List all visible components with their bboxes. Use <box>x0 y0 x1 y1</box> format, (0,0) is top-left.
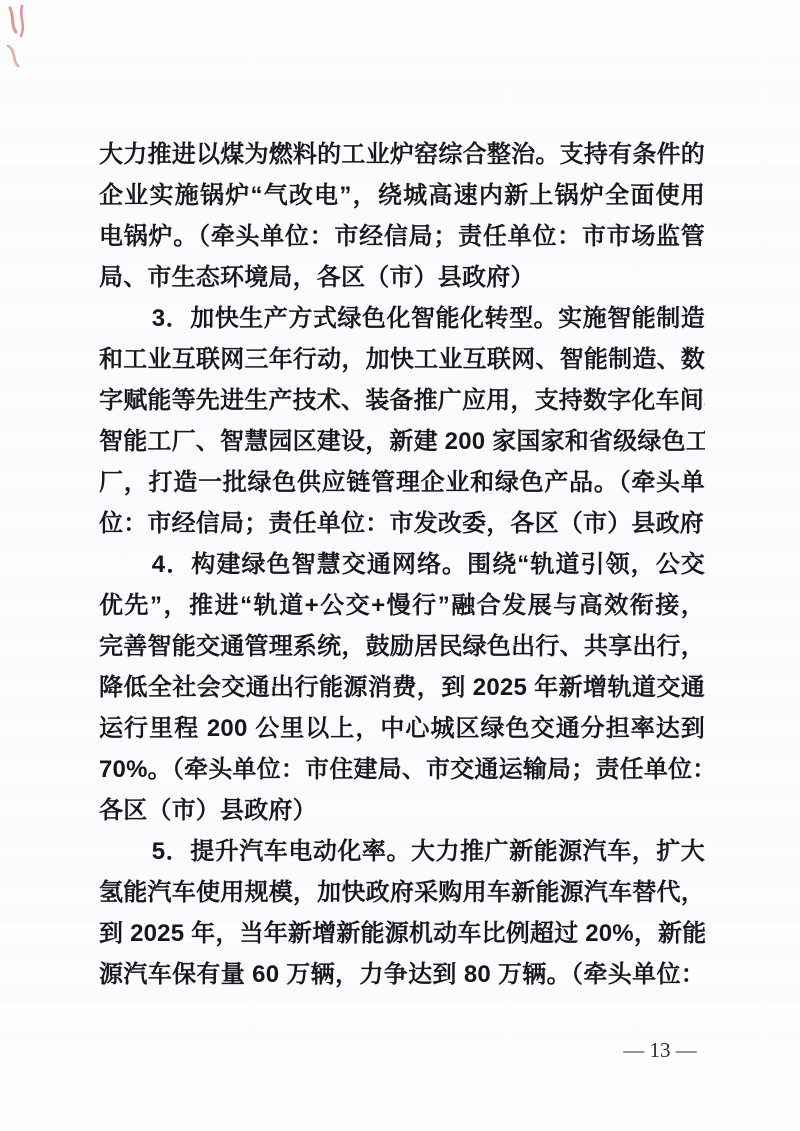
document-page: 大力推进以煤为燃料的工业炉窑综合整治。支持有条件的企业实施锅炉“气改电”，绕城高… <box>0 0 800 1131</box>
text-line: 智能工厂、智慧园区建设，新建 200 家国家和省级绿色工 <box>99 421 705 462</box>
page-number: — 13 — <box>605 1038 715 1063</box>
text-line: 各区（市）县政府） <box>99 790 705 831</box>
text-line: 企业实施锅炉“气改电”，绕城高速内新上锅炉全面使用 <box>99 175 705 216</box>
text-line: 4．构建绿色智慧交通网络。围绕“轨道引领，公交 <box>99 544 705 585</box>
text-line: 电锅炉。（牵头单位：市经信局；责任单位：市市场监管 <box>99 216 705 257</box>
text-line: 氢能汽车使用规模，加快政府采购用车新能源汽车替代， <box>99 872 705 913</box>
text-line: 字赋能等先进生产技术、装备推广应用，支持数字化车间、 <box>99 380 705 421</box>
text-line: 源汽车保有量 60 万辆，力争达到 80 万辆。（牵头单位： <box>99 954 705 995</box>
text-line: 到 2025 年，当年新增新能源机动车比例超过 20%，新能 <box>99 913 705 954</box>
text-line: 降低全社会交通出行能源消费，到 2025 年新增轨道交通 <box>99 667 705 708</box>
text-line: 70%。（牵头单位：市住建局、市交通运输局；责任单位： <box>99 749 705 790</box>
text-line: 优先”，推进“轨道+公交+慢行”融合发展与高效衔接， <box>99 585 705 626</box>
text-line: 厂，打造一批绿色供应链管理企业和绿色产品。（牵头单 <box>99 462 705 503</box>
text-line: 完善智能交通管理系统，鼓励居民绿色出行、共享出行， <box>99 626 705 667</box>
red-ink-marks <box>4 2 50 80</box>
text-line: 5．提升汽车电动化率。大力推广新能源汽车，扩大 <box>99 831 705 872</box>
text-line: 大力推进以煤为燃料的工业炉窑综合整治。支持有条件的 <box>99 134 705 175</box>
text-line: 位：市经信局；责任单位：市发改委，各区（市）县政府） <box>99 503 705 544</box>
text-line: 和工业互联网三年行动，加快工业互联网、智能制造、数 <box>99 339 705 380</box>
text-line: 3．加快生产方式绿色化智能化转型。实施智能制造 <box>99 298 705 339</box>
text-line: 局、市生态环境局，各区（市）县政府） <box>99 257 705 298</box>
text-line: 运行里程 200 公里以上，中心城区绿色交通分担率达到 <box>99 708 705 749</box>
text-block: 大力推进以煤为燃料的工业炉窑综合整治。支持有条件的企业实施锅炉“气改电”，绕城高… <box>99 134 705 995</box>
